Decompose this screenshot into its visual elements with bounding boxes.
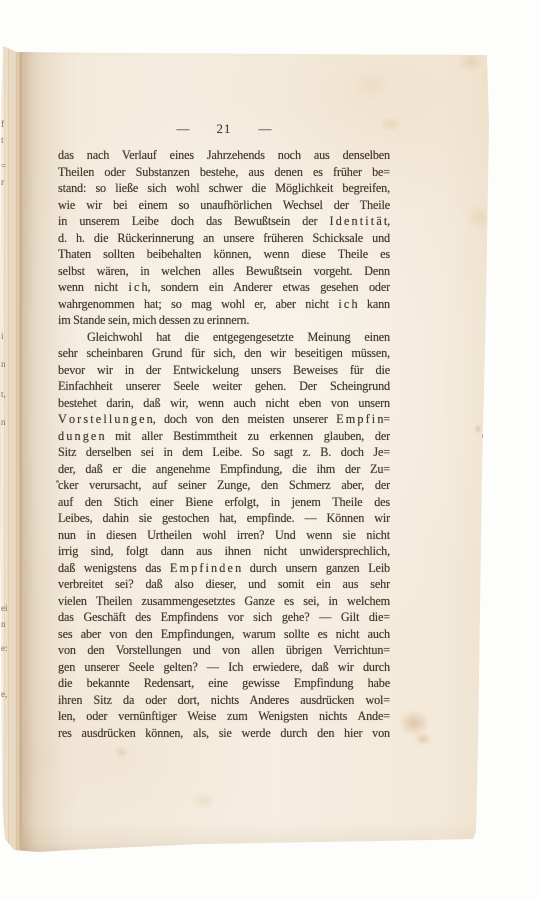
text-line-22: auf den Stich einer Biene erfolgt, in je… xyxy=(58,494,390,511)
text-line-24: nun in diesen Urtheilen wohl irren? Und … xyxy=(58,527,390,544)
book-page: ft=rint,neine:e, — 21 — das nach Verlauf… xyxy=(0,44,490,856)
edge-text-fragment: e: xyxy=(1,644,8,653)
ink-speck xyxy=(482,434,485,438)
text-line-25: irrig sind, folgt dann aus ihnen nicht u… xyxy=(58,543,390,560)
text-line-31: von den Vorstellungen und von allen übri… xyxy=(58,642,390,659)
edge-text-fragment: n xyxy=(1,360,6,369)
edge-text-fragment: f xyxy=(1,120,4,129)
edge-text-fragment: n xyxy=(1,620,6,629)
text-line-28: vielen Theilen zusammengesetztes Ganze e… xyxy=(58,593,390,610)
foxing-stain xyxy=(190,792,216,810)
text-line-17: V o r s t e l l u n g e n, doch von den … xyxy=(58,411,390,428)
text-line-4: wie wir bei einem so unaufhörlichen Wech… xyxy=(58,197,390,214)
page-header: — 21 — xyxy=(58,121,390,137)
text-line-26: daß wenigstens das E m p f i n d e n dur… xyxy=(58,560,390,577)
foxing-stain xyxy=(414,732,432,746)
foxing-stain xyxy=(114,746,129,758)
edge-text-fragment: r xyxy=(1,178,4,187)
text-line-27: verbreitet sei? daß also dieser, und som… xyxy=(58,576,390,593)
text-line-10: wahrgenommen hat; so mag wohl er, aber n… xyxy=(58,296,390,313)
page-number: 21 xyxy=(217,121,232,137)
edge-text-fragment: e, xyxy=(1,690,7,699)
text-line-8: selbst wären, in welchen alles Bewußtsei… xyxy=(58,263,390,280)
text-line-12: Gleichwohl hat die entgegengesetzte Mein… xyxy=(58,329,390,346)
text-line-32: gen unserer Seele gelten? — Ich erwieder… xyxy=(58,659,390,676)
header-dash-left: — xyxy=(177,121,190,137)
edge-text-fragment: = xyxy=(1,162,6,171)
text-line-6: d. h. die Rückerinnerung an unsere frühe… xyxy=(58,230,390,247)
text-line-18: d u n g e n mit aller Bestimmtheit zu er… xyxy=(58,428,390,445)
text-line-1: das nach Verlauf eines Jahrzehends noch … xyxy=(58,147,390,164)
edge-text-fragment: t xyxy=(1,136,4,145)
foxing-stain xyxy=(352,70,392,100)
foxing-stain xyxy=(398,710,430,736)
text-line-19: Sitz derselben sei in dem Leibe. So sagt… xyxy=(58,444,390,461)
body-text: das nach Verlauf eines Jahrzehends noch … xyxy=(58,147,390,741)
text-line-33: die bekannte Redensart, eine gewisse Emp… xyxy=(58,675,390,692)
text-line-3: stand: so ließe sich wohl schwer die Mög… xyxy=(58,180,390,197)
text-line-35: len, oder vernünftiger Weise zum Wenigst… xyxy=(58,708,390,725)
page-edges-strip: ft=rint,neine:e, xyxy=(0,44,22,856)
page-content: — 21 — das nach Verlauf eines Jahrzehend… xyxy=(58,121,390,741)
text-line-11: im Stande sein, mich dessen zu erinnern. xyxy=(58,312,390,329)
header-dash-right: — xyxy=(259,121,272,137)
foxing-stain xyxy=(464,204,494,230)
edge-text-fragment: i xyxy=(1,332,4,341)
edge-text-fragment: t, xyxy=(1,390,6,399)
edge-text-fragment: n xyxy=(1,418,6,427)
text-line-23: Leibes, dahin sie gestochen hat, empfind… xyxy=(58,510,390,527)
text-line-34: ihren Sitz da oder dort, nichts Anderes … xyxy=(58,692,390,709)
text-line-14: bevor wir in der Entwickelung unsers Bew… xyxy=(58,362,390,379)
text-line-9: wenn nicht i c h, sondern ein Anderer et… xyxy=(58,279,390,296)
text-line-36: res ausdrücken können, als, sie werde du… xyxy=(58,725,390,742)
text-line-30: ses aber von den Empfindungen, warum sol… xyxy=(58,626,390,643)
foxing-stain xyxy=(474,424,482,434)
text-line-7: Thaten sollten beibehalten können, wenn … xyxy=(58,246,390,263)
text-line-21: cker verursacht, auf seiner Zunge, den S… xyxy=(58,477,390,494)
text-line-20: der, daß er die angenehme Empfindung, di… xyxy=(58,461,390,478)
foxing-stain xyxy=(458,52,484,72)
edge-text-fragment: ei xyxy=(1,604,8,613)
text-line-5: in unserem Leibe doch das Bewußtsein der… xyxy=(58,213,390,230)
foxing-stain xyxy=(482,690,498,703)
text-line-29: das Geschäft des Empfindens vor sich geh… xyxy=(58,609,390,626)
text-line-15: Einfachheit unserer Seele weiter gehen. … xyxy=(58,378,390,395)
text-line-2: Theilen oder Substanzen bestehe, aus den… xyxy=(58,164,390,181)
text-line-16: bestehet darin, daß wir, wenn auch nicht… xyxy=(58,395,390,412)
text-line-13: sehr scheinbaren Grund für sich, den wir… xyxy=(58,345,390,362)
